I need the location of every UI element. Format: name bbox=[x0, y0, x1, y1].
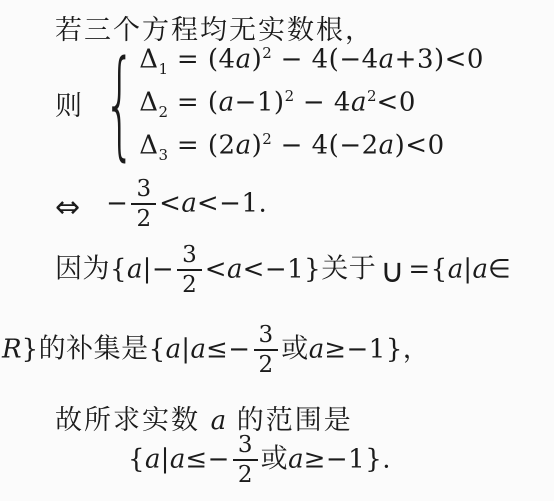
variable-a: a bbox=[236, 45, 252, 75]
fraction-three-halves: 32 bbox=[254, 323, 279, 377]
variable-a: a bbox=[166, 335, 182, 365]
system-brace: { bbox=[104, 45, 136, 163]
variable-a: a bbox=[190, 335, 206, 365]
exponent: 2 bbox=[285, 87, 295, 105]
solution-line-complement: R}的补集是{a|a≤−32或a≥−1}， bbox=[2, 326, 429, 380]
variable-a: a bbox=[472, 255, 488, 285]
variable-a: a bbox=[219, 88, 235, 118]
universal-set-symbol: ∪ bbox=[380, 251, 404, 290]
math-solution-document: 若三个方程均无实数根， 则 { Δ1 = (4a)2 − 4(−4a+3)<0 … bbox=[0, 0, 554, 501]
solution-line-because: 因为{a|−32<a<−1}关于∪={a|a∈ bbox=[55, 246, 511, 300]
variable-a: a bbox=[181, 189, 197, 219]
subscript: 1 bbox=[159, 60, 169, 78]
exponent: 2 bbox=[262, 44, 272, 62]
solution-line-answer: {a|a≤−32或a≥−1}. bbox=[128, 436, 391, 490]
variable-a: a bbox=[211, 406, 227, 436]
equation-delta-1: Δ1 = (4a)2 − 4(−4a+3)<0 bbox=[139, 44, 484, 78]
iff-arrow-icon: ⇔ bbox=[55, 190, 80, 225]
fraction-three-halves: 32 bbox=[131, 177, 156, 231]
equation-delta-2: Δ2 = (a−1)2 − 4a2<0 bbox=[139, 87, 484, 121]
fraction-three-halves: 32 bbox=[233, 433, 258, 487]
then-label: 则 bbox=[55, 84, 84, 123]
fraction-three-halves: 32 bbox=[177, 243, 202, 297]
system-equations: Δ1 = (4a)2 − 4(−4a+3)<0 Δ2 = (a−1)2 − 4a… bbox=[139, 44, 484, 164]
variable-a: a bbox=[127, 255, 143, 285]
variable-a: a bbox=[448, 255, 464, 285]
equation-delta-3: Δ3 = (2a)2 − 4(−2a)<0 bbox=[139, 130, 484, 164]
variable-a: a bbox=[288, 445, 304, 475]
variable-a: a bbox=[309, 335, 325, 365]
solution-line-equivalence: ⇔−32<a<−1. bbox=[55, 180, 267, 234]
variable-R: R bbox=[2, 335, 22, 365]
variable-a: a bbox=[227, 255, 243, 285]
variable-a: a bbox=[379, 130, 395, 160]
equation-system: 则 { Δ1 = (4a)2 − 4(−4a+3)<0 Δ2 = (a−1)2 … bbox=[55, 44, 484, 164]
element-of-symbol: ∈ bbox=[488, 255, 511, 285]
variable-a: a bbox=[236, 130, 252, 160]
exponent: 2 bbox=[367, 87, 377, 105]
variable-a: a bbox=[145, 445, 161, 475]
variable-a: a bbox=[351, 88, 367, 118]
subscript: 3 bbox=[159, 146, 169, 164]
solution-line-therefore: 故所求实数 a 的范围是 bbox=[55, 398, 353, 437]
variable-a: a bbox=[170, 445, 186, 475]
variable-a: a bbox=[379, 45, 395, 75]
exponent: 2 bbox=[262, 130, 272, 148]
subscript: 2 bbox=[159, 103, 169, 121]
